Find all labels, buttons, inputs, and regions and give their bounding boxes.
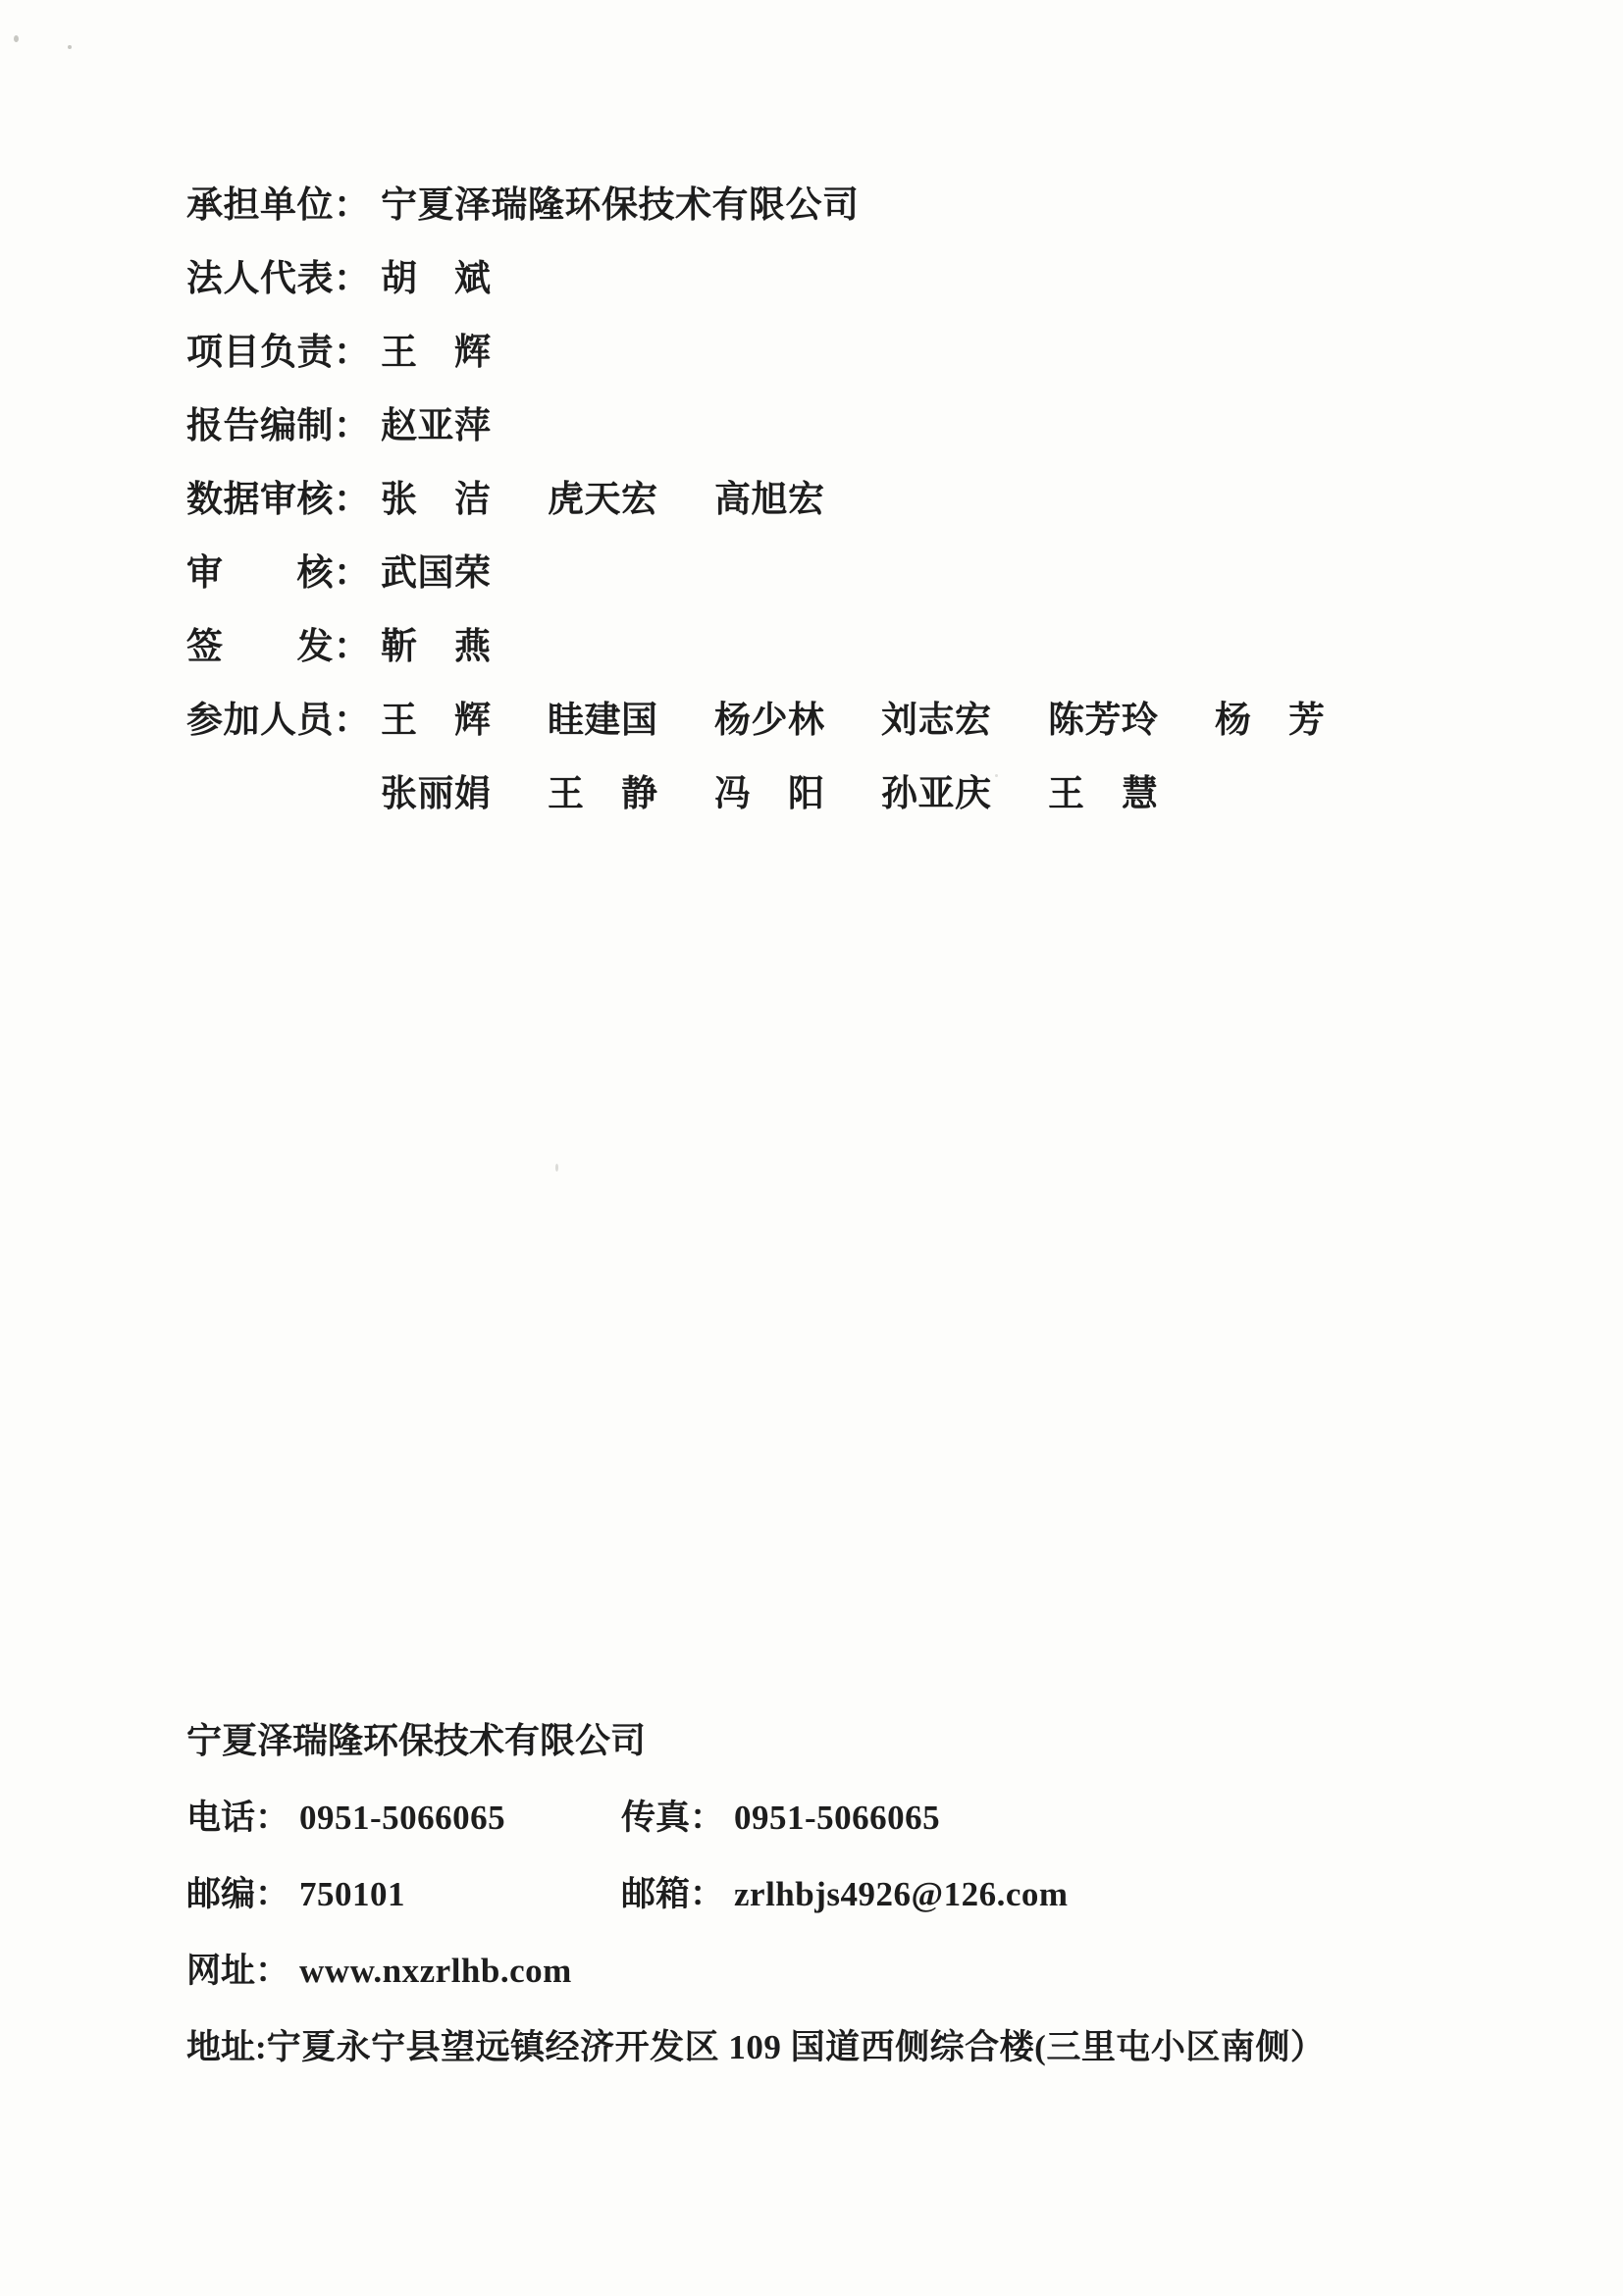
credit-row-participants-line1: 参加人员：王 辉眭建国杨少林刘志宏陈芳玲杨 芳 (186, 698, 1325, 744)
person-name: 张 洁 (381, 477, 491, 523)
document-page: 承担单位：宁夏泽瑞隆环保技术有限公司 法人代表：胡 斌 项目负责：王 辉 报告编… (0, 0, 1623, 2296)
email-label: 邮箱： (621, 1875, 724, 1913)
address-label: 地址: (186, 2028, 267, 2066)
credit-row-data-review: 数据审核：张 洁虎天宏高旭宏 (186, 477, 1325, 523)
credit-label: 报告编制： (186, 403, 381, 449)
person-name: 陈芳玲 (1048, 698, 1158, 744)
person-name: 杨 芳 (1215, 698, 1325, 744)
credit-label: 签 发： (186, 624, 381, 670)
person-name: 胡 斌 (381, 259, 492, 299)
credit-row-project-lead: 项目负责：王 辉 (186, 330, 1325, 376)
person-name: 刘志宏 (881, 698, 991, 744)
credit-label: 审 核： (186, 550, 381, 597)
person-name: 杨少林 (714, 698, 824, 744)
contact-row-phone-fax: 电话：0951-5066065传真：0951-5066065 (186, 1796, 1325, 1841)
phone-label: 电话： (186, 1799, 289, 1837)
scan-speck (68, 45, 72, 49)
credit-label: 法人代表： (186, 256, 381, 302)
fax-pair: 传真：0951-5066065 (621, 1796, 940, 1841)
company-name: 宁夏泽瑞隆环保技术有限公司 (381, 185, 860, 226)
address-text: 宁夏永宁县望远镇经济开发区 109 国道西侧综合楼(三里屯小区南侧） (267, 2028, 1326, 2066)
credit-row-reviewer: 审 核：武国荣 (186, 550, 1325, 597)
person-name: 王 慧 (1048, 771, 1158, 817)
phone-number: 0951-5066065 (299, 1799, 505, 1837)
website-url: www.nxzrlhb.com (299, 1952, 572, 1990)
credit-row-report-compiler: 报告编制：赵亚萍 (186, 403, 1325, 449)
person-name: 王 静 (548, 771, 657, 817)
zip-label: 邮编： (186, 1875, 289, 1913)
credit-label: 项目负责： (186, 330, 381, 376)
phone-pair: 电话：0951-5066065 (186, 1796, 621, 1841)
credit-row-legal-representative: 法人代表：胡 斌 (186, 256, 1325, 302)
person-name: 张丽娟 (381, 771, 491, 817)
person-name: 高旭宏 (714, 477, 824, 523)
website-label: 网址： (186, 1952, 289, 1990)
email-pair: 邮箱：zrlhbjs4926@126.com (621, 1872, 1069, 1917)
footer-company-name: 宁夏泽瑞隆环保技术有限公司 (186, 1717, 1325, 1764)
email-address: zrlhbjs4926@126.com (734, 1875, 1069, 1913)
fax-label: 传真： (621, 1799, 724, 1837)
person-name: 孙亚庆 (881, 771, 991, 817)
credit-row-issuer: 签 发：靳 燕 (186, 624, 1325, 670)
contact-row-zip-email: 邮编：750101邮箱：zrlhbjs4926@126.com (186, 1872, 1325, 1917)
credit-row-undertaking-unit: 承担单位：宁夏泽瑞隆环保技术有限公司 (186, 183, 1325, 229)
credit-label: 承担单位： (186, 183, 381, 229)
credit-label: 参加人员： (186, 698, 381, 744)
credit-row-participants-line2: 张丽娟王 静冯 阳孙亚庆王 慧 (186, 771, 1325, 817)
contact-block: 宁夏泽瑞隆环保技术有限公司 电话：0951-5066065传真：0951-506… (186, 1717, 1325, 2070)
scan-speck (14, 35, 19, 42)
person-name: 靳 燕 (381, 627, 492, 667)
person-name: 王 辉 (381, 333, 492, 373)
zip-pair: 邮编：750101 (186, 1872, 621, 1917)
credit-label: 数据审核： (186, 477, 381, 523)
person-name: 虎天宏 (548, 477, 657, 523)
contact-row-address: 地址:宁夏永宁县望远镇经济开发区 109 国道西侧综合楼(三里屯小区南侧） (186, 2025, 1325, 2070)
person-name: 眭建国 (548, 698, 657, 744)
scan-speck (555, 1164, 558, 1172)
person-name: 王 辉 (381, 698, 491, 744)
fax-number: 0951-5066065 (734, 1799, 940, 1837)
credits-block: 承担单位：宁夏泽瑞隆环保技术有限公司 法人代表：胡 斌 项目负责：王 辉 报告编… (186, 183, 1325, 845)
person-name: 冯 阳 (714, 771, 824, 817)
contact-row-website: 网址：www.nxzrlhb.com (186, 1949, 1325, 1994)
person-name: 赵亚萍 (381, 406, 492, 446)
zip-code: 750101 (299, 1875, 405, 1913)
person-name: 武国荣 (381, 553, 492, 594)
